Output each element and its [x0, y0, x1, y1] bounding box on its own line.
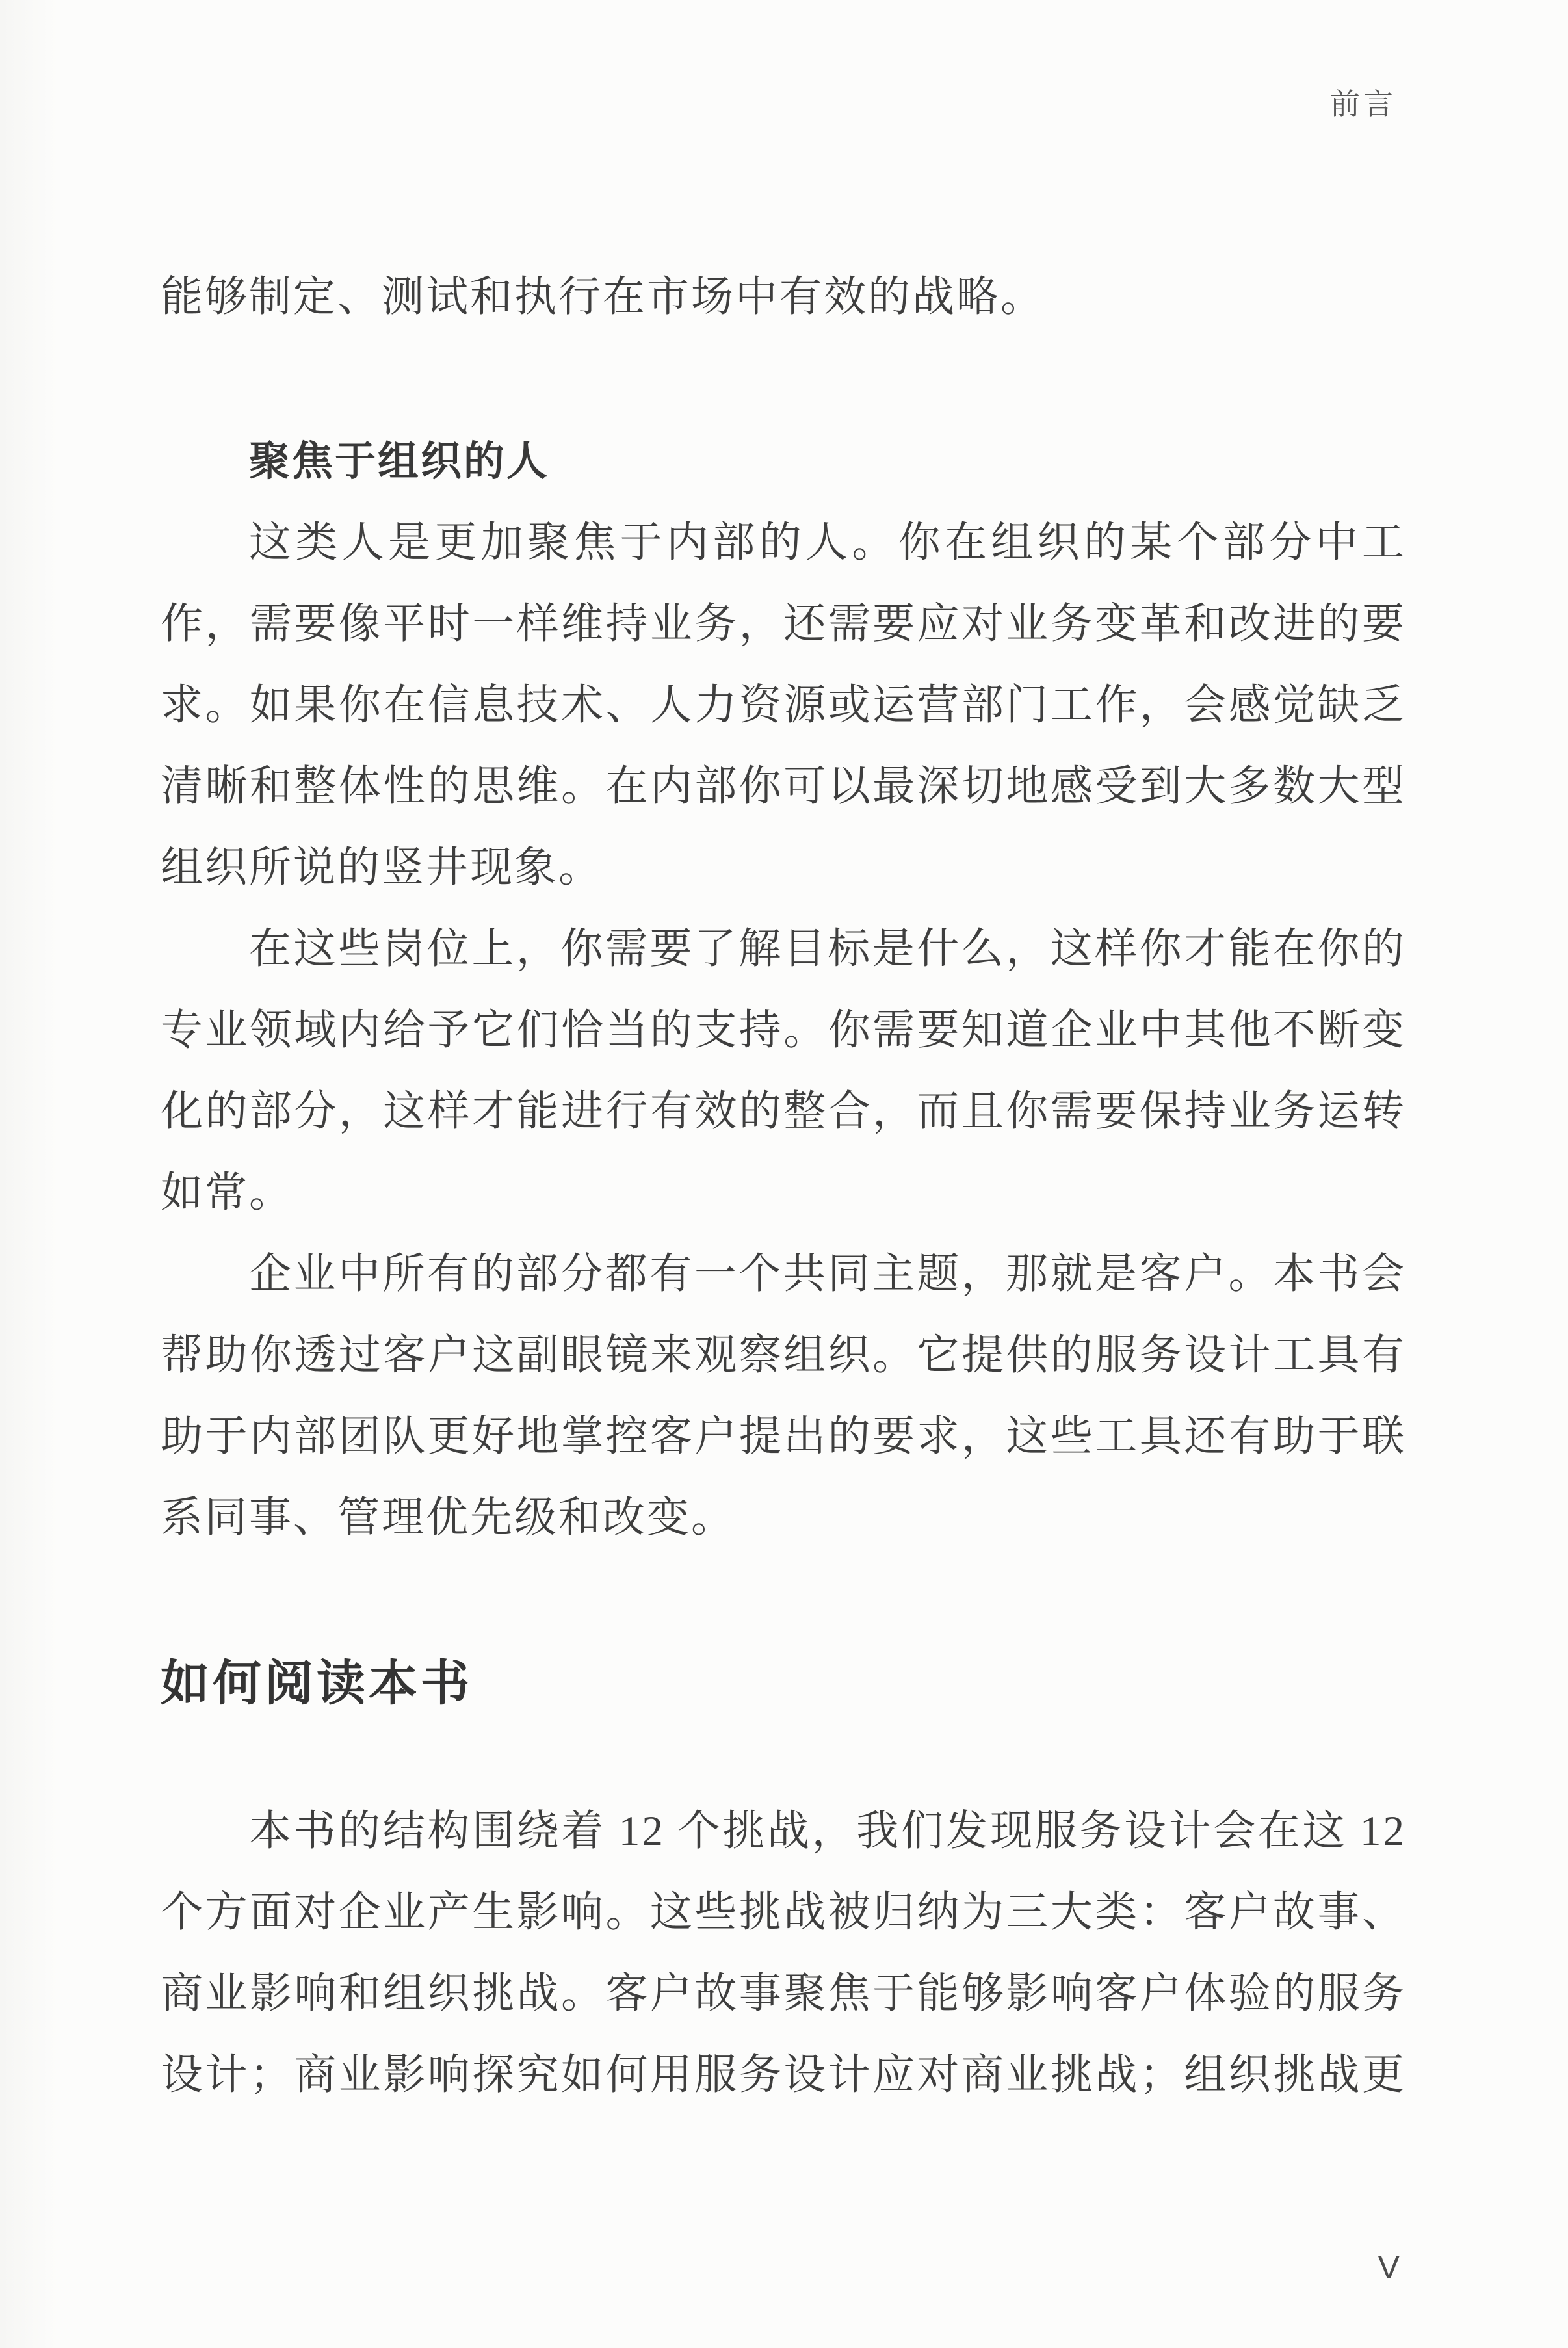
body-line: 系同事、管理优先级和改变。 [161, 1478, 1406, 1559]
body-line: 在这些岗位上，你需要了解目标是什么，这样你才能在你的 [161, 909, 1406, 990]
body-line: 设计；商业影响探究如何用服务设计应对商业挑战；组织挑战更 [161, 2035, 1406, 2116]
body-line: 专业领域内给予它们恰当的支持。你需要知道企业中其他不断变 [161, 990, 1406, 1071]
page-number: V [1378, 2248, 1400, 2287]
paragraph-positions: 在这些岗位上，你需要了解目标是什么，这样你才能在你的 专业领域内给予它们恰当的支… [161, 909, 1406, 1234]
body-line: 清晰和整体性的思维。在内部你可以最深切地感受到大多数大型 [161, 746, 1406, 828]
body-line: 本书的结构围绕着 12 个挑战，我们发现服务设计会在这 12 [161, 1791, 1406, 1872]
body-line: 化的部分，这样才能进行有效的整合，而且你需要保持业务运转 [161, 1071, 1406, 1153]
body-line: 能够制定、测试和执行在市场中有效的战略。 [161, 257, 1406, 338]
paragraph-continuation: 能够制定、测试和执行在市场中有效的战略。 [161, 257, 1406, 338]
body-line: 作，需要像平时一样维持业务，还需要应对业务变革和改进的要 [161, 584, 1406, 665]
subsection-heading: 聚焦于组织的人 [161, 421, 1406, 502]
body-line: 商业影响和组织挑战。客户故事聚焦于能够影响客户体验的服务 [161, 1953, 1406, 2035]
body-line: 助于内部团队更好地掌控客户提出的要求，这些工具还有助于联 [161, 1396, 1406, 1478]
body-line: 企业中所有的部分都有一个共同主题，那就是客户。本书会 [161, 1234, 1406, 1315]
body-line: 组织所说的竖井现象。 [161, 828, 1406, 909]
body-line: 帮助你透过客户这副眼镜来观察组织。它提供的服务设计工具有 [161, 1315, 1406, 1396]
book-page: 前言 能够制定、测试和执行在市场中有效的战略。 聚焦于组织的人 这类人是更加聚焦… [0, 0, 1568, 2348]
section-heading: 如何阅读本书 [161, 1650, 1406, 1715]
body-line: 如常。 [161, 1153, 1406, 1234]
paragraph-focus-org: 这类人是更加聚焦于内部的人。你在组织的某个部分中工 作，需要像平时一样维持业务，… [161, 502, 1406, 909]
body-line: 求。如果你在信息技术、人力资源或运营部门工作，会感觉缺乏 [161, 665, 1406, 746]
paragraph-customer: 企业中所有的部分都有一个共同主题，那就是客户。本书会 帮助你透过客户这副眼镜来观… [161, 1234, 1406, 1559]
page-content: 能够制定、测试和执行在市场中有效的战略。 聚焦于组织的人 这类人是更加聚焦于内部… [161, 257, 1406, 2116]
body-line: 个方面对企业产生影响。这些挑战被归纳为三大类：客户故事、 [161, 1872, 1406, 1953]
body-line: 这类人是更加聚焦于内部的人。你在组织的某个部分中工 [161, 502, 1406, 584]
running-header: 前言 [1330, 85, 1396, 124]
paragraph-structure: 本书的结构围绕着 12 个挑战，我们发现服务设计会在这 12 个方面对企业产生影… [161, 1791, 1406, 2116]
